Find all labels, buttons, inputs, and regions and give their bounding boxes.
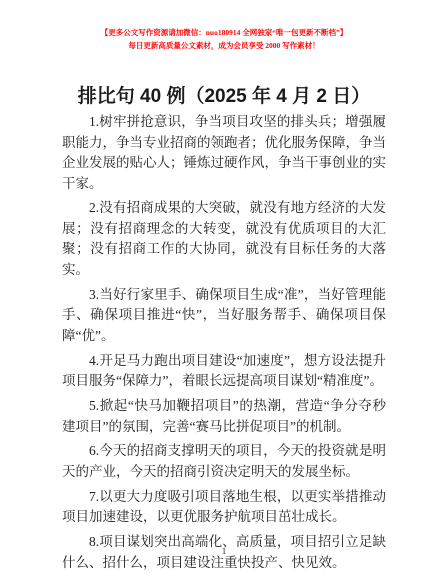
paragraph-2: 2.没有招商成果的大突破，就没有地方经济的大发展；没有招商理念的大转变，就没有优… <box>62 198 386 280</box>
paragraph-7: 7.以更大力度吸引项目落地生根，以更实举措推动项目加速建设，以更优服务护航项目茁… <box>62 487 386 528</box>
paragraph-3: 3.当好行家里手、确保项目生成“准”，当好管理能手、确保项目推进“快”，当好服务… <box>62 285 386 347</box>
document-body: 1.树牢拼抢意识，争当项目攻坚的排头兵；增强履职能力，争当专业招商的领跑者；优化… <box>62 112 386 573</box>
promo-line-1: 【更多公文写作资源请加微信：nuo180914 全网独家“唯一包更新不断档”】 <box>62 26 386 39</box>
page-title: 排比句 40 例（2025 年 4 月 2 日） <box>62 84 386 109</box>
paragraph-4: 4.开足马力跑出项目建设“加速度”，想方设法提升项目服务“保障力”，着眼长远提高… <box>62 351 386 392</box>
page-number: 1 <box>0 546 448 556</box>
promo-header: 【更多公文写作资源请加微信：nuo180914 全网独家“唯一包更新不断档”】 … <box>62 26 386 52</box>
paragraph-5: 5.掀起“快马加鞭招项目”的热潮，营造“争分夺秒建项目”的氛围，完善“赛马比拼促… <box>62 396 386 437</box>
paragraph-1: 1.树牢拼抢意识，争当项目攻坚的排头兵；增强履职能力，争当专业招商的领跑者；优化… <box>62 112 386 194</box>
promo-line-2: 每日更新高质量公文素材，成为会员享受 2000 写作素材！ <box>62 39 386 52</box>
document-page: 【更多公文写作资源请加微信：nuo180914 全网独家“唯一包更新不断档”】 … <box>0 0 448 580</box>
paragraph-6: 6.今天的招商支撑明天的项目，今天的投资就是明天的产业，今天的招商引资决定明天的… <box>62 441 386 482</box>
